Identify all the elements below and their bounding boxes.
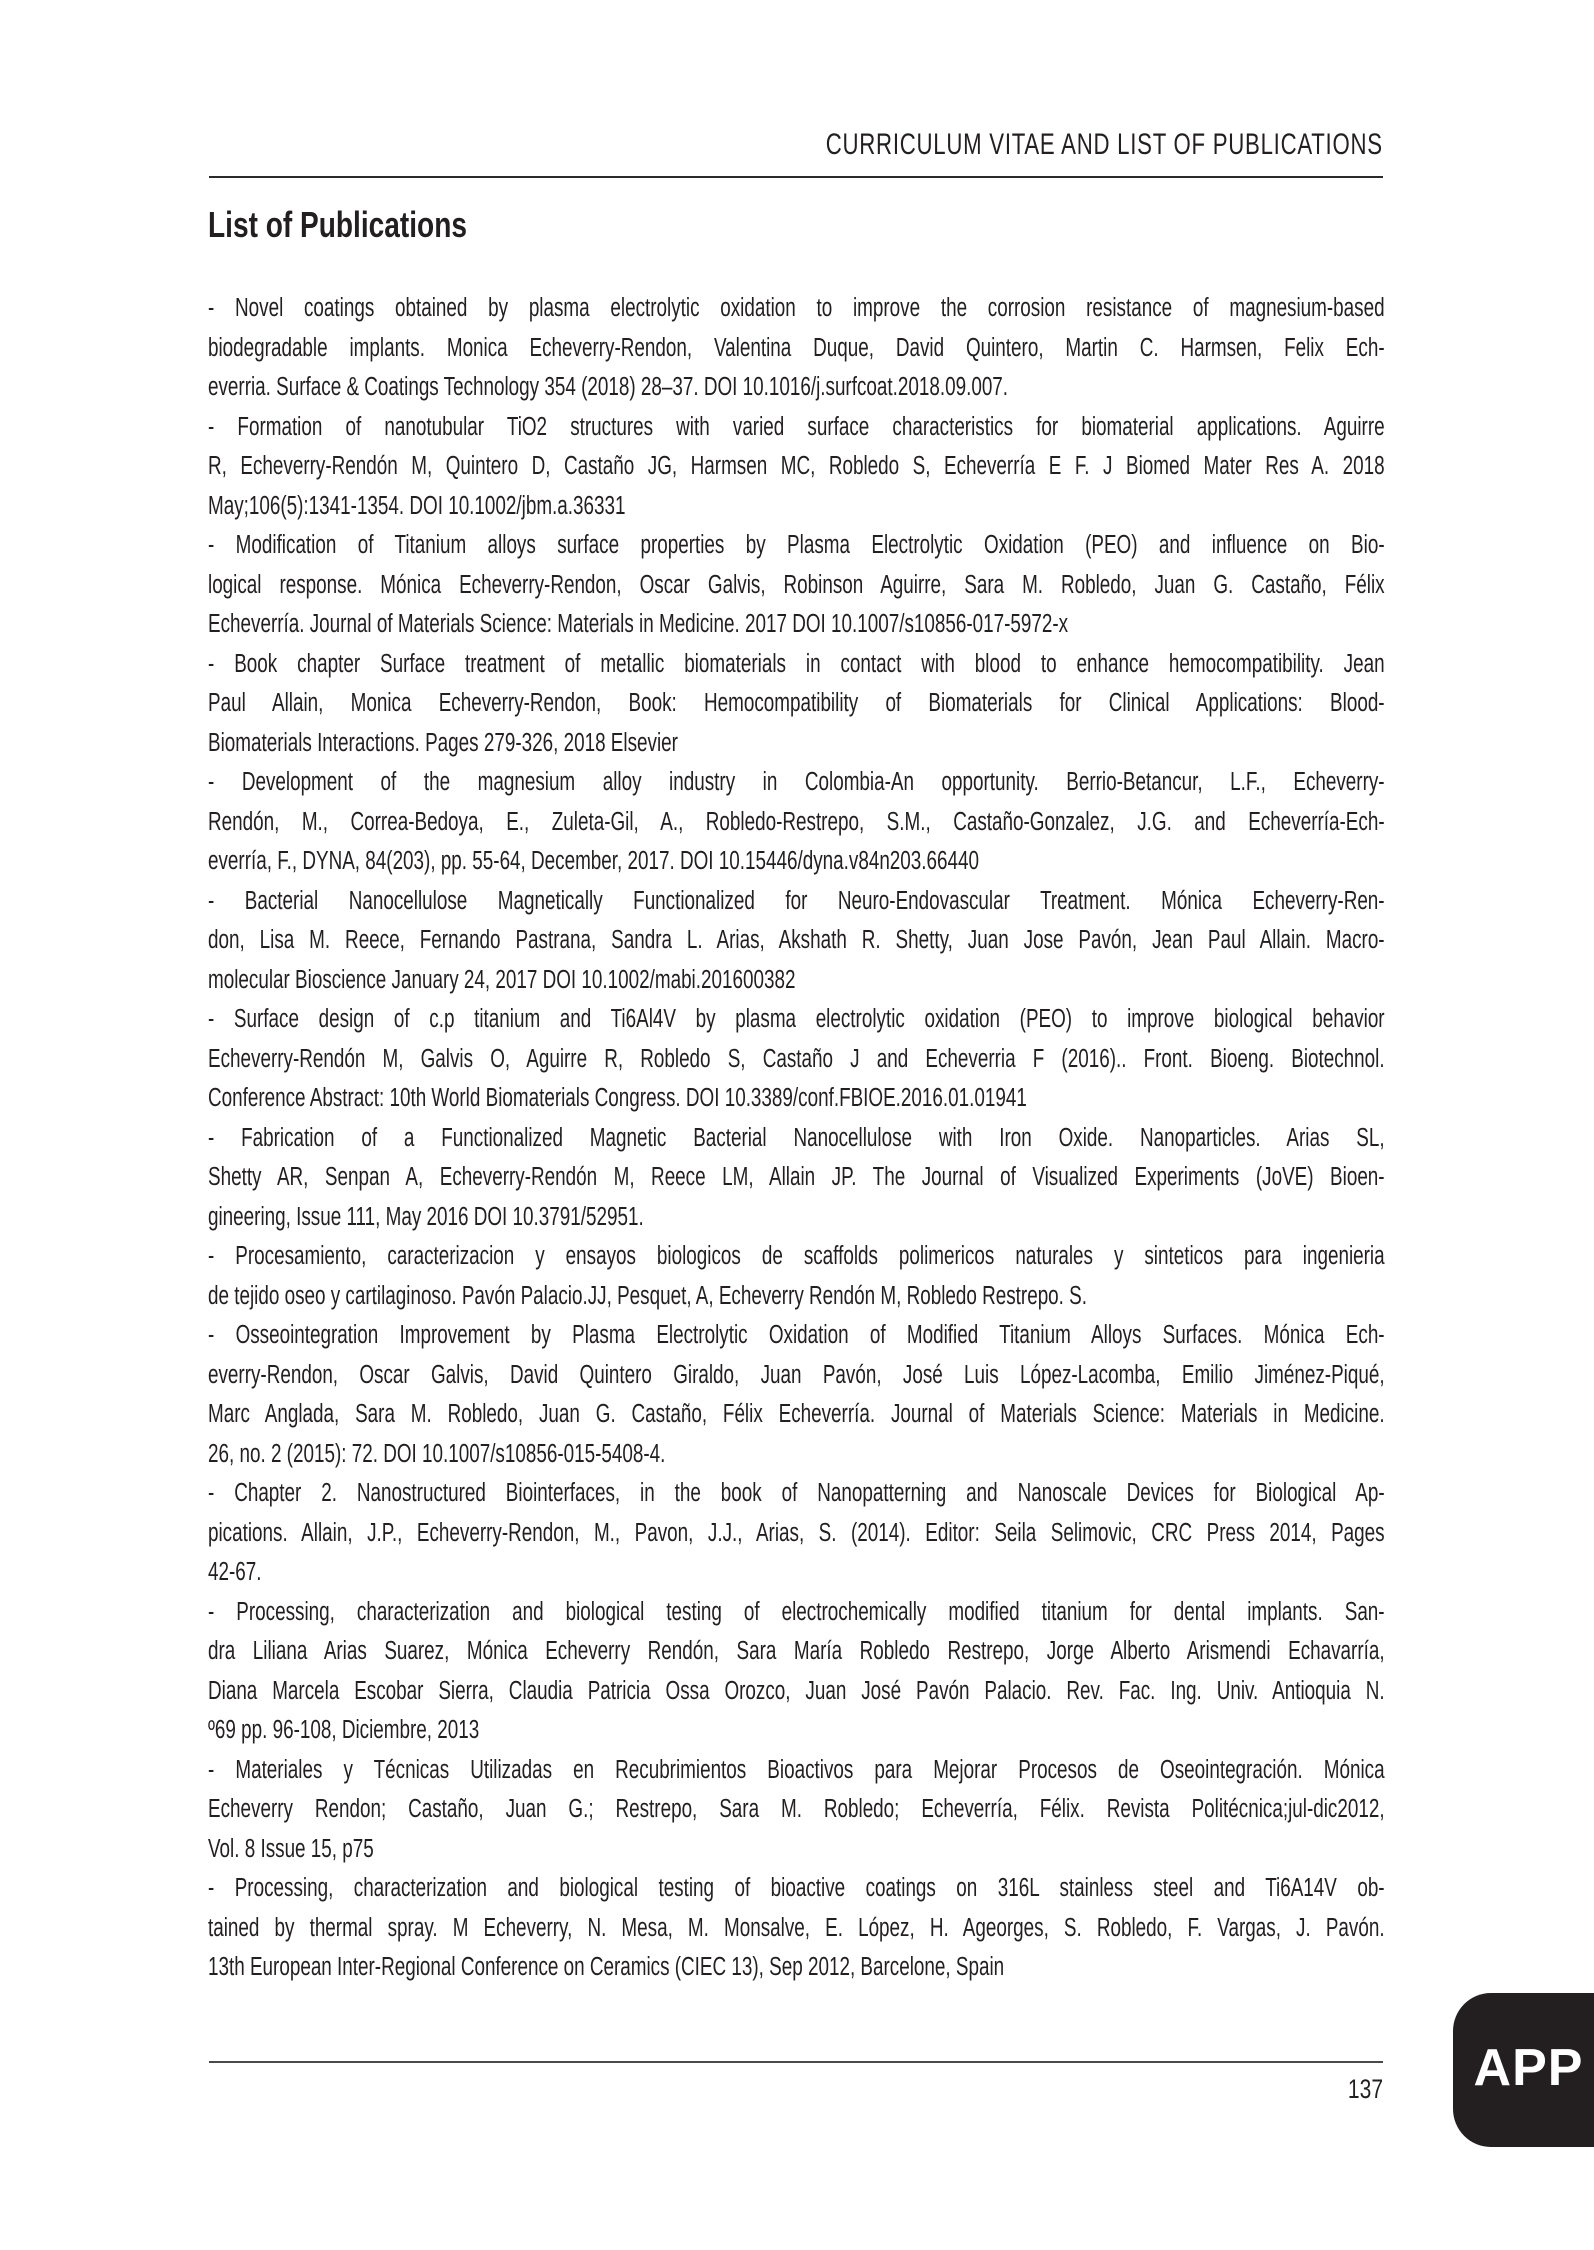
publication-line-row: 13th European Inter-Regional Conference … <box>208 1948 1384 1988</box>
publication-line-row: Paul Allain, Monica Echeverry-Rendon, Bo… <box>208 684 1384 724</box>
document-page: CURRICULUM VITAE AND LIST OF PUBLICATION… <box>0 0 1594 2250</box>
publication-line: pications. Allain, J.P., Echeverry-Rendo… <box>208 1514 1385 1554</box>
publication-line-row: - Osseointegration Improvement by Plasma… <box>208 1316 1384 1356</box>
publication-line: - Fabrication of a Functionalized Magnet… <box>208 1119 1385 1159</box>
publication-entry: - Fabrication of a Functionalized Magnet… <box>208 1119 1384 1238</box>
publication-line: - Procesamiento, caracterizacion y ensay… <box>208 1237 1385 1277</box>
publication-line-row: everría, F., DYNA, 84(203), pp. 55-64, D… <box>208 842 1384 882</box>
publication-line: everry-Rendon, Oscar Galvis, David Quint… <box>208 1356 1385 1396</box>
publication-line-row: everria. Surface & Coatings Technology 3… <box>208 368 1384 408</box>
publication-entry: - Chapter 2. Nanostructured Biointerface… <box>208 1474 1384 1593</box>
publication-line: Conference Abstract: 10th World Biomater… <box>208 1079 1385 1119</box>
publication-line: Echeverry Rendon; Castaño, Juan G.; Rest… <box>208 1790 1385 1830</box>
publication-line-row: - Surface design of c.p titanium and Ti6… <box>208 1000 1384 1040</box>
publication-line-row: - Procesamiento, caracterizacion y ensay… <box>208 1237 1384 1277</box>
publication-line-row: Rendón, M., Correa-Bedoya, E., Zuleta-Gi… <box>208 803 1384 843</box>
publication-line: - Osseointegration Improvement by Plasma… <box>208 1316 1385 1356</box>
publication-line-row: Diana Marcela Escobar Sierra, Claudia Pa… <box>208 1672 1384 1712</box>
publication-line: 26, no. 2 (2015): 72. DOI 10.1007/s10856… <box>208 1435 1385 1475</box>
publication-line: R, Echeverry-Rendón M, Quintero D, Casta… <box>208 447 1385 487</box>
publication-line-row: 26, no. 2 (2015): 72. DOI 10.1007/s10856… <box>208 1435 1384 1475</box>
header-divider <box>209 176 1383 178</box>
publication-line: - Processing, characterization and biolo… <box>208 1593 1385 1633</box>
publication-line-row: logical response. Mónica Echeverry-Rendo… <box>208 566 1384 606</box>
publication-line: Echeverría. Journal of Materials Science… <box>208 605 1385 645</box>
publication-line: Echeverry-Rendón M, Galvis O, Aguirre R,… <box>208 1040 1385 1080</box>
publication-line-row: May;106(5):1341-1354. DOI 10.1002/jbm.a.… <box>208 487 1384 527</box>
publication-entry: - Osseointegration Improvement by Plasma… <box>208 1316 1384 1474</box>
publication-line-row: Vol. 8 Issue 15, p75 <box>208 1830 1384 1870</box>
publication-line: Rendón, M., Correa-Bedoya, E., Zuleta-Gi… <box>208 803 1385 843</box>
footer-divider <box>209 2061 1383 2063</box>
publication-line-row: Echeverría. Journal of Materials Science… <box>208 605 1384 645</box>
publication-line: º69 pp. 96-108, Diciembre, 2013 <box>208 1711 1385 1751</box>
publication-line-row: Shetty AR, Senpan A, Echeverry-Rendón M,… <box>208 1158 1384 1198</box>
publication-line: Shetty AR, Senpan A, Echeverry-Rendón M,… <box>208 1158 1385 1198</box>
publication-line: Diana Marcela Escobar Sierra, Claudia Pa… <box>208 1672 1385 1712</box>
appendix-tab: APP <box>1453 1993 1594 2147</box>
publication-line: everria. Surface & Coatings Technology 3… <box>208 368 1385 408</box>
publication-line: everría, F., DYNA, 84(203), pp. 55-64, D… <box>208 842 1385 882</box>
appendix-tab-label: APP <box>1474 2038 1584 2098</box>
publication-line-row: - Modification of Titanium alloys surfac… <box>208 526 1384 566</box>
publication-line: 13th European Inter-Regional Conference … <box>208 1948 1385 1988</box>
publication-entry: - Surface design of c.p titanium and Ti6… <box>208 1000 1384 1119</box>
publication-line: May;106(5):1341-1354. DOI 10.1002/jbm.a.… <box>208 487 1385 527</box>
publication-line-row: everry-Rendon, Oscar Galvis, David Quint… <box>208 1356 1384 1396</box>
publication-entry: - Novel coatings obtained by plasma elec… <box>208 289 1384 408</box>
publication-line-row: º69 pp. 96-108, Diciembre, 2013 <box>208 1711 1384 1751</box>
publication-line-row: - Processing, characterization and biolo… <box>208 1593 1384 1633</box>
publication-line-row: R, Echeverry-Rendón M, Quintero D, Casta… <box>208 447 1384 487</box>
publication-line-row: 42-67. <box>208 1553 1384 1593</box>
publication-line-row: - Processing, characterization and biolo… <box>208 1869 1384 1909</box>
publication-line: - Formation of nanotubular TiO2 structur… <box>208 408 1385 448</box>
publication-entry: - Modification of Titanium alloys surfac… <box>208 526 1384 645</box>
publication-entry: - Development of the magnesium alloy ind… <box>208 763 1384 882</box>
publication-line: - Processing, characterization and biolo… <box>208 1869 1385 1909</box>
publication-line: gineering, Issue 111, May 2016 DOI 10.37… <box>208 1198 1385 1238</box>
running-header: CURRICULUM VITAE AND LIST OF PUBLICATION… <box>826 128 1383 162</box>
publication-entry: - Bacterial Nanocellulose Magnetically F… <box>208 882 1384 1001</box>
publication-line-row: - Novel coatings obtained by plasma elec… <box>208 289 1384 329</box>
publication-line: Vol. 8 Issue 15, p75 <box>208 1830 1385 1870</box>
publication-line-row: - Book chapter Surface treatment of meta… <box>208 645 1384 685</box>
publication-line-row: molecular Bioscience January 24, 2017 DO… <box>208 961 1384 1001</box>
publication-line-row: - Development of the magnesium alloy ind… <box>208 763 1384 803</box>
publication-line: - Surface design of c.p titanium and Ti6… <box>208 1000 1385 1040</box>
publication-line-row: - Fabrication of a Functionalized Magnet… <box>208 1119 1384 1159</box>
publication-entry: - Procesamiento, caracterizacion y ensay… <box>208 1237 1384 1316</box>
publication-entry: - Processing, characterization and biolo… <box>208 1869 1384 1988</box>
publication-line: - Development of the magnesium alloy ind… <box>208 763 1385 803</box>
publication-line: - Modification of Titanium alloys surfac… <box>208 526 1385 566</box>
publication-line-row: dra Liliana Arias Suarez, Mónica Echever… <box>208 1632 1384 1672</box>
publication-entry: - Book chapter Surface treatment of meta… <box>208 645 1384 764</box>
publication-line: molecular Bioscience January 24, 2017 DO… <box>208 961 1385 1001</box>
publication-line-row: Marc Anglada, Sara M. Robledo, Juan G. C… <box>208 1395 1384 1435</box>
publication-list: - Novel coatings obtained by plasma elec… <box>208 289 1384 1988</box>
publication-line-row: biodegradable implants. Monica Echeverry… <box>208 329 1384 369</box>
publication-line-row: - Bacterial Nanocellulose Magnetically F… <box>208 882 1384 922</box>
publication-line-row: Conference Abstract: 10th World Biomater… <box>208 1079 1384 1119</box>
publication-line-row: Echeverry-Rendón M, Galvis O, Aguirre R,… <box>208 1040 1384 1080</box>
publication-line-row: gineering, Issue 111, May 2016 DOI 10.37… <box>208 1198 1384 1238</box>
publication-line: dra Liliana Arias Suarez, Mónica Echever… <box>208 1632 1385 1672</box>
publication-line: biodegradable implants. Monica Echeverry… <box>208 329 1385 369</box>
page-number: 137 <box>1348 2074 1383 2105</box>
publication-line: - Chapter 2. Nanostructured Biointerface… <box>208 1474 1385 1514</box>
publication-line: - Bacterial Nanocellulose Magnetically F… <box>208 882 1385 922</box>
publication-line-row: - Formation of nanotubular TiO2 structur… <box>208 408 1384 448</box>
publication-entry: - Formation of nanotubular TiO2 structur… <box>208 408 1384 527</box>
publication-line-row: don, Lisa M. Reece, Fernando Pastrana, S… <box>208 921 1384 961</box>
publication-line: - Book chapter Surface treatment of meta… <box>208 645 1385 685</box>
publication-entry: - Materiales y Técnicas Utilizadas en Re… <box>208 1751 1384 1870</box>
publication-line: 42-67. <box>208 1553 1385 1593</box>
publication-line: logical response. Mónica Echeverry-Rendo… <box>208 566 1385 606</box>
publication-line-row: - Materiales y Técnicas Utilizadas en Re… <box>208 1751 1384 1791</box>
publication-line-row: pications. Allain, J.P., Echeverry-Rendo… <box>208 1514 1384 1554</box>
publication-entry: - Processing, characterization and biolo… <box>208 1593 1384 1751</box>
publication-line: de tejido oseo y cartilaginoso. Pavón Pa… <box>208 1277 1385 1317</box>
publication-line-row: - Chapter 2. Nanostructured Biointerface… <box>208 1474 1384 1514</box>
publication-line-row: Biomaterials Interactions. Pages 279-326… <box>208 724 1384 764</box>
publication-line-row: de tejido oseo y cartilaginoso. Pavón Pa… <box>208 1277 1384 1317</box>
publication-line: - Novel coatings obtained by plasma elec… <box>208 289 1385 329</box>
section-title: List of Publications <box>208 204 467 246</box>
publication-line: Marc Anglada, Sara M. Robledo, Juan G. C… <box>208 1395 1385 1435</box>
publication-line-row: tained by thermal spray. M Echeverry, N.… <box>208 1909 1384 1949</box>
publication-line-row: Echeverry Rendon; Castaño, Juan G.; Rest… <box>208 1790 1384 1830</box>
publication-line: don, Lisa M. Reece, Fernando Pastrana, S… <box>208 921 1385 961</box>
publication-line: tained by thermal spray. M Echeverry, N.… <box>208 1909 1385 1949</box>
publication-line: Paul Allain, Monica Echeverry-Rendon, Bo… <box>208 684 1385 724</box>
publication-line: Biomaterials Interactions. Pages 279-326… <box>208 724 1385 764</box>
publication-line: - Materiales y Técnicas Utilizadas en Re… <box>208 1751 1385 1791</box>
